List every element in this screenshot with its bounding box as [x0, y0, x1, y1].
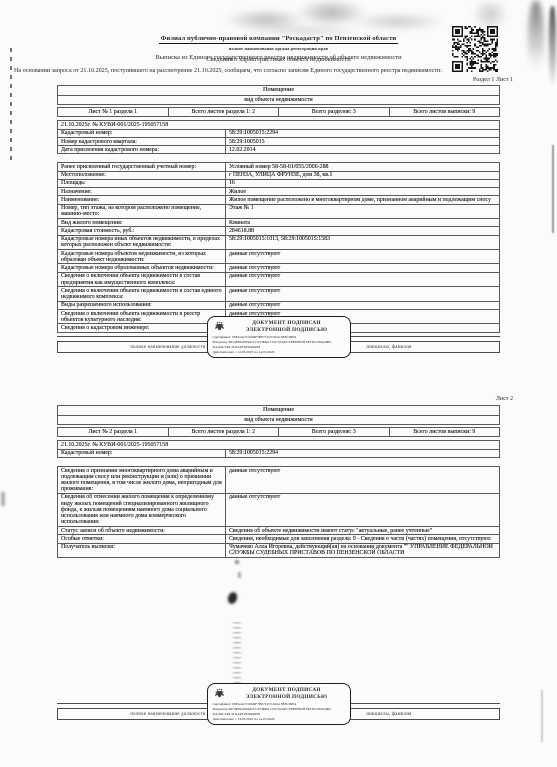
row-value: данные отсутствуют — [225, 264, 499, 272]
row-label: Сведения об отнесении жилого помещения к… — [58, 493, 226, 526]
request-number: 21.10.2025г. № КУВИ-001/2025-195057158 — [58, 441, 500, 449]
sheet2: Помещение вид объекта недвижимости Лист … — [57, 405, 500, 558]
eagle-emblem-icon — [213, 320, 226, 335]
row-label: Наименование: — [58, 196, 226, 204]
row-value: данные отсутствуют — [225, 249, 499, 263]
sheet2-label: Лист 2 — [496, 396, 513, 402]
row-value: 58:29:1005015:2294 — [225, 129, 499, 137]
object-type-caption: вид объекта недвижимости — [58, 95, 500, 104]
row-value: Этаж № 1 — [225, 204, 499, 218]
scan-line-right — [552, 145, 554, 233]
sheet-no: Лист № 2 раздела 1 — [58, 427, 169, 437]
stamp-title-line2: ЭЛЕКТРОННОЙ ПОДПИСЬЮ — [229, 327, 345, 334]
stamp-validity: Действителен: с 14.03.2025 по 14.03.2026 — [213, 717, 345, 721]
sheet-counters-table: Лист № 1 раздела 1 Всего листов раздела … — [57, 107, 500, 118]
org-name: Филиал публично-правовой компании "Роска… — [159, 35, 399, 44]
row-label: Площадь: — [58, 179, 226, 187]
scan-speck — [235, 560, 239, 564]
digital-signature-stamp: ДОКУМЕНТ ПОДПИСАН ЭЛЕКТРОННОЙ ПОДПИСЬЮ С… — [207, 316, 351, 358]
row-value: Чумачево Алла Игоревна, действующий(ая) … — [225, 543, 499, 557]
sheet-counters-table: Лист № 2 раздела 1 Всего листов раздела … — [57, 427, 500, 438]
scan-mark-left — [1, 492, 5, 506]
row-value: Жилое помещение расположено в многокварт… — [225, 196, 499, 204]
row-label: Ранее присвоенный государственный учетны… — [58, 163, 226, 171]
stamp-owner: Владелец: ФЕДЕРАЛЬНАЯ СЛУЖБА ГОСУДАРСТВЕ… — [213, 707, 345, 716]
signature-block-2: полное наименование должности инициалы, … — [57, 683, 500, 739]
row-label: Назначение: — [58, 188, 226, 196]
request-number: 21.10.2025г. № КУВИ-001/2025-195057158 — [58, 121, 500, 129]
object-type: Помещение — [58, 406, 500, 416]
row-label: Сведения о признании многоквартирного до… — [58, 466, 226, 493]
sheets-in-extract: Всего листов выписки: 9 — [389, 107, 500, 117]
stamp-certificate: Сертификат: 00FA4A7C6049F7B07C67C92A13E8… — [213, 702, 345, 706]
row-value: Комната — [225, 219, 499, 227]
org-name-caption: полное наименование органа регистрации п… — [0, 46, 557, 51]
scan-speck — [238, 572, 241, 578]
table-row: Назначение: Жилое — [58, 188, 500, 196]
row-value: данные отсутствуют — [225, 272, 499, 286]
cadastral-info-table: 21.10.2025г. № КУВИ-001/2025-195057158 К… — [57, 120, 500, 154]
table-row: Кадастровые номера объектов недвижимости… — [58, 249, 500, 263]
row-value: данные отсутствуют — [225, 466, 499, 493]
row-label: Кадастровая стоимость, руб.: — [58, 227, 226, 235]
object-type: Помещение — [58, 86, 500, 96]
table-row: Получатель выписки: Чумачево Алла Игорев… — [58, 543, 500, 557]
object-type-caption: вид объекта недвижимости — [58, 415, 500, 424]
row-value: 12.02.2014 — [225, 146, 499, 154]
table-row: Особые отметки: Сведения, необходимые дл… — [58, 535, 500, 543]
table-row: Сведения о включении объекта недвижимост… — [58, 272, 500, 286]
row-value: 58:29:1005015:1013, 58:29:1005015:1583 — [225, 235, 499, 249]
cadastral-info-table: 21.10.2025г. № КУВИ-001/2025-195057158 К… — [57, 440, 500, 457]
scan-dashed-line-left — [10, 48, 12, 164]
row-value: Жилое — [225, 188, 499, 196]
row-label: Статус записи об объекте недвижимости: — [58, 527, 226, 535]
section1-sheet-label: Раздел 1 Лист 1 — [473, 77, 513, 83]
table-row: Кадастровая стоимость, руб.: 284618.88 — [58, 227, 500, 235]
document-page: Филиал публично-правовой компании "Роска… — [0, 0, 557, 767]
row-value: Условный номер 58-58-01/055/2006-288 — [225, 163, 499, 171]
row-value: Сведения об объекте недвижимости имеют с… — [225, 527, 499, 535]
row-label: Кадастровый номер: — [58, 129, 226, 137]
row-label: Кадастровый номер: — [58, 449, 226, 457]
sheet-no: Лист № 1 раздела 1 — [58, 107, 169, 117]
table-row: Сведения об отнесении жилого помещения к… — [58, 493, 500, 526]
stamp-title-line1: ДОКУМЕНТ ПОДПИСАН — [229, 687, 345, 694]
row-label: Сведения о включении объекта недвижимост… — [58, 287, 226, 301]
stamp-owner: Владелец: ФЕДЕРАЛЬНАЯ СЛУЖБА ГОСУДАРСТВЕ… — [213, 340, 345, 349]
row-label: Номер кадастрового квартала: — [58, 137, 226, 145]
table-row: Кадастровый номер: 58:29:1005015:2294 — [58, 129, 500, 137]
scan-ink-blot — [226, 591, 238, 605]
row-label: Особые отметки: — [58, 535, 226, 543]
table-row: Номер кадастрового квартала: 58:29:10050… — [58, 137, 500, 145]
table-row: Статус записи об объекте недвижимости: С… — [58, 527, 500, 535]
row-label: Вид жилого помещения: — [58, 219, 226, 227]
row-value: данные отсутствуют — [225, 493, 499, 526]
sections-total: Всего разделов: 3 — [279, 427, 390, 437]
table-row: Сведения о признании многоквартирного до… — [58, 466, 500, 493]
stamp-title-line2: ЭЛЕКТРОННОЙ ПОДПИСЬЮ — [229, 694, 345, 701]
row-value: 284618.88 — [225, 227, 499, 235]
scan-line-bottom-right — [541, 690, 543, 742]
row-value: 58:29:1005015 — [225, 137, 499, 145]
sheets-in-section: Всего листов раздела 1: 2 — [168, 427, 279, 437]
object-details-table: Сведения о признании многоквартирного до… — [57, 466, 500, 558]
row-label: Кадастровые номера иных объектов недвижи… — [58, 235, 226, 249]
row-value: данные отсутствуют — [225, 287, 499, 301]
sheets-in-extract: Всего листов выписки: 9 — [389, 427, 500, 437]
stamp-validity: Действителен: с 14.03.2025 по 14.03.2026 — [213, 350, 345, 354]
row-label: Сведения о включении объекта недвижимост… — [58, 272, 226, 286]
table-row: Площадь: 16 — [58, 179, 500, 187]
document-subtitle: Сведения о характеристиках объекта недви… — [0, 56, 557, 63]
sheet1: Помещение вид объекта недвижимости Лист … — [57, 85, 500, 333]
row-label: Виды разрешенного использования: — [58, 301, 226, 309]
row-label: Кадастровые номера объектов недвижимости… — [58, 249, 226, 263]
basis-line: На основании запроса от 21.10.2025, пост… — [14, 68, 544, 75]
row-label: Получатель выписки: — [58, 543, 226, 557]
scan-smudge-column — [231, 622, 243, 688]
object-type-table: Помещение вид объекта недвижимости — [57, 405, 500, 425]
row-value: Сведения, необходимые для заполнения раз… — [225, 535, 499, 543]
row-value: данные отсутствуют — [225, 301, 499, 309]
digital-signature-stamp: ДОКУМЕНТ ПОДПИСАН ЭЛЕКТРОННОЙ ПОДПИСЬЮ С… — [207, 683, 351, 725]
table-row: Наименование: Жилое помещение расположен… — [58, 196, 500, 204]
row-label: Дата присвоения кадастрового номера: — [58, 146, 226, 154]
sections-total: Всего разделов: 3 — [279, 107, 390, 117]
table-row: Номер, тип этажа, на котором расположено… — [58, 204, 500, 218]
row-value: 16 — [225, 179, 499, 187]
table-row: Кадастровые номера образованных объектов… — [58, 264, 500, 272]
stamp-certificate: Сертификат: 00FA4A7C6049F7B07C67C92A13E8… — [213, 335, 345, 339]
sheets-in-section: Всего листов раздела 1: 2 — [168, 107, 279, 117]
table-row: Местоположение: г ПЕНЗА, УЛИЦА ФРУНЗЕ, д… — [58, 171, 500, 179]
row-label: Местоположение: — [58, 171, 226, 179]
object-type-table: Помещение вид объекта недвижимости — [57, 85, 500, 105]
row-label: Кадастровые номера образованных объектов… — [58, 264, 226, 272]
table-row: Сведения о включении объекта недвижимост… — [58, 287, 500, 301]
row-value: г ПЕНЗА, УЛИЦА ФРУНЗЕ, дом 38, кв.1 — [225, 171, 499, 179]
table-row: Вид жилого помещения: Комната — [58, 219, 500, 227]
table-row: Дата присвоения кадастрового номера: 12.… — [58, 146, 500, 154]
eagle-emblem-icon — [213, 687, 226, 702]
table-row: Ранее присвоенный государственный учетны… — [58, 163, 500, 171]
signature-block-1: полное наименование должности инициалы, … — [57, 316, 500, 372]
table-row: Кадастровые номера иных объектов недвижи… — [58, 235, 500, 249]
stamp-title-line1: ДОКУМЕНТ ПОДПИСАН — [229, 320, 345, 327]
row-value: 58:29:1005015:2294 — [225, 449, 499, 457]
row-label: Номер, тип этажа, на котором расположено… — [58, 204, 226, 218]
table-row: Кадастровый номер: 58:29:1005015:2294 — [58, 449, 500, 457]
object-details-table: Ранее присвоенный государственный учетны… — [57, 162, 500, 332]
table-row: Виды разрешенного использования: данные … — [58, 301, 500, 309]
